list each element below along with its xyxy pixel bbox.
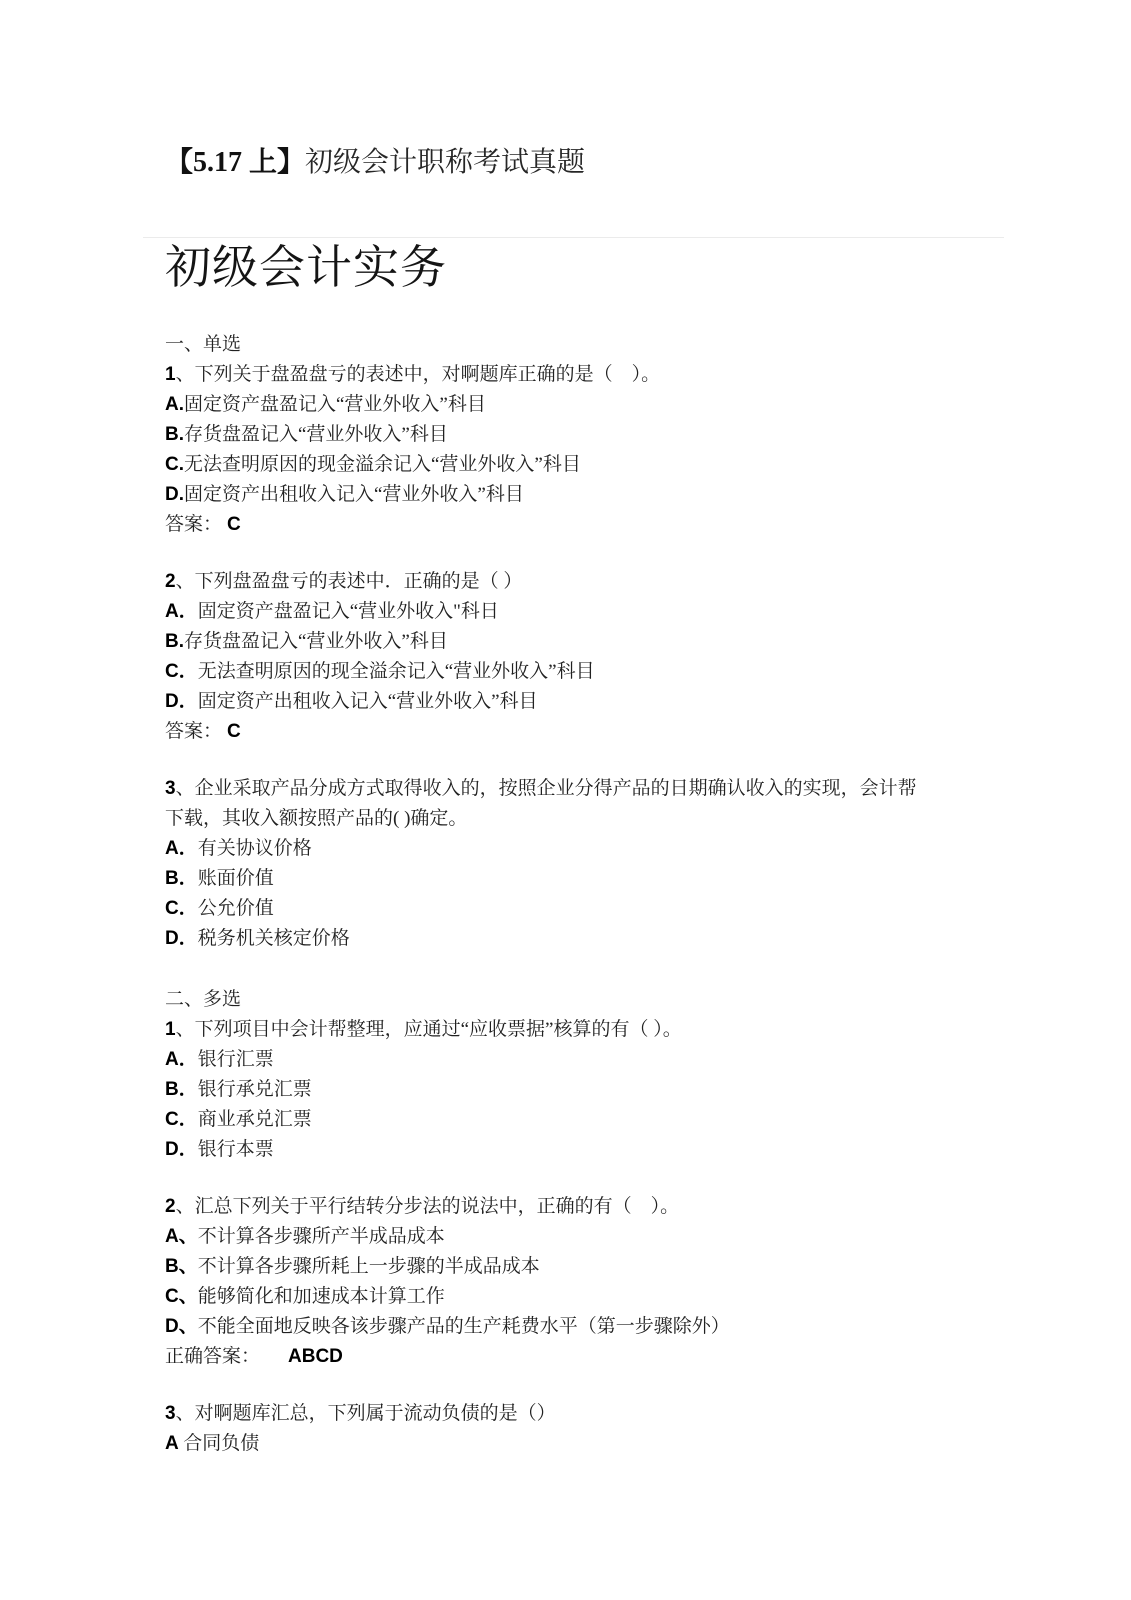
option-label: C．: [165, 898, 198, 919]
option-text: 不计算各步骤所耗上一步骤的半成品成本: [198, 1256, 540, 1277]
answer-line: 正确答案：ABCD: [165, 1342, 985, 1372]
option-label: D.: [165, 484, 184, 505]
question-stem: 1、下列项目中会计帮整理，应通过“应收票据”核算的有（ ）。: [165, 1015, 985, 1045]
option-label: B．: [165, 868, 198, 889]
option-row-b: B、不计算各步骤所耗上一步骤的半成品成本: [165, 1252, 985, 1282]
option-row-a: A.固定资产盘盈记入“营业外收入”科目: [165, 390, 985, 420]
option-text: 商业承兑汇票: [198, 1109, 312, 1130]
option-label: A．: [165, 838, 198, 859]
question-stem: 1、下列关于盘盈盘亏的表述中，对啊题库正确的是（ ）。: [165, 360, 985, 390]
option-label: A.: [165, 394, 184, 415]
question-number: 3: [165, 1403, 176, 1424]
question-stem: 2、汇总下列关于平行结转分步法的说法中，正确的有（ ）。: [165, 1192, 985, 1222]
question-number-separator: 、: [176, 1019, 195, 1040]
option-label: D．: [165, 691, 198, 712]
question-number: 3: [165, 778, 176, 799]
option-row-d: D．税务机关核定价格: [165, 924, 985, 954]
doc-header-prefix: 【5.17 上】: [165, 147, 305, 178]
question-stem: 3、对啊题库汇总，下列属于流动负债的是（）: [165, 1399, 985, 1429]
page-title: 初级会计实务: [165, 242, 1131, 294]
answer-label: 答案：: [165, 514, 222, 535]
question-stem-text: 下列盘盈盘亏的表述中．正确的是（ ）: [195, 571, 523, 592]
answer-value: C: [227, 721, 241, 742]
option-text: 存货盘盈记入“营业外收入”科目: [184, 424, 448, 445]
question-stem: 3、企业采取产品分成方式取得收入的，按照企业分得产品的日期确认收入的实现，会计帮: [165, 774, 985, 804]
question-number: 2: [165, 571, 176, 592]
option-label: C、: [165, 1286, 198, 1307]
option-text: 固定资产出租收入记入“营业外收入”科目: [184, 484, 524, 505]
title-rule: [143, 237, 1004, 238]
question-stem-line2: 下载，其收入额按照产品的( )确定。: [165, 804, 985, 834]
option-row-c: C、能够简化和加速成本计算工作: [165, 1282, 985, 1312]
answer-value: C: [227, 514, 241, 535]
option-row-c: C．商业承兑汇票: [165, 1105, 985, 1135]
question-stem: 2、下列盘盈盘亏的表述中．正确的是（ ）: [165, 567, 985, 597]
question-stem-text: 汇总下列关于平行结转分步法的说法中，正确的有（ ）。: [195, 1196, 680, 1217]
doc-header: 【5.17 上】初级会计职称考试真题: [165, 143, 1131, 183]
option-row-d: D．固定资产出租收入记入“营业外收入”科目: [165, 687, 985, 717]
option-text: 银行本票: [198, 1139, 274, 1160]
option-row-d: D.固定资产出租收入记入“营业外收入”科目: [165, 480, 985, 510]
question-s2-q3: 3、对啊题库汇总，下列属于流动负债的是（） A 合同负债: [165, 1399, 985, 1459]
option-text: 不计算各步骤所产半成品成本: [198, 1226, 445, 1247]
option-row-a: A．固定资产盘盈记入“营业外收入"科日: [165, 597, 985, 627]
question-number-separator: 、: [176, 778, 195, 799]
option-row-b: B.存货盘盈记入“营业外收入”科目: [165, 420, 985, 450]
option-label: C．: [165, 661, 198, 682]
question-number-separator: 、: [176, 1403, 195, 1424]
section-heading-multi-choice: 二、多选: [165, 985, 985, 1015]
question-s2-q2: 2、汇总下列关于平行结转分步法的说法中，正确的有（ ）。 A、不计算各步骤所产半…: [165, 1192, 985, 1372]
answer-label: 正确答案：: [165, 1346, 260, 1367]
question-number-separator: 、: [176, 1196, 195, 1217]
option-text: 存货盘盈记入“营业外收入”科目: [184, 631, 448, 652]
question-stem-text: 下列项目中会计帮整理，应通过“应收票据”核算的有（ ）。: [195, 1019, 682, 1040]
option-label: D、: [165, 1316, 198, 1337]
question-number-separator: 、: [176, 571, 195, 592]
question-number: 2: [165, 1196, 176, 1217]
option-label: A、: [165, 1226, 198, 1247]
question-number: 1: [165, 364, 176, 385]
option-row-d: D、不能全面地反映各该步骤产品的生产耗费水平（第一步骤除外）: [165, 1312, 985, 1342]
option-label: D．: [165, 1139, 198, 1160]
option-row-a: A．银行汇票: [165, 1045, 985, 1075]
question-s1-q3: 3、企业采取产品分成方式取得收入的，按照企业分得产品的日期确认收入的实现，会计帮…: [165, 774, 985, 954]
option-text: 公允价值: [198, 898, 274, 919]
question-s1-q2: 2、下列盘盈盘亏的表述中．正确的是（ ） A．固定资产盘盈记入“营业外收入"科日…: [165, 567, 985, 747]
answer-value: ABCD: [288, 1346, 343, 1367]
question-number: 1: [165, 1019, 176, 1040]
option-text: 账面价值: [198, 868, 274, 889]
option-text: 固定资产盘盈记入“营业外收入"科日: [198, 601, 499, 622]
option-text: 银行汇票: [198, 1049, 274, 1070]
doc-header-title: 初级会计职称考试真题: [305, 147, 585, 178]
option-text: 能够简化和加速成本计算工作: [198, 1286, 445, 1307]
option-label: B.: [165, 631, 184, 652]
option-text: 固定资产出租收入记入“营业外收入”科目: [198, 691, 538, 712]
option-label: B.: [165, 424, 184, 445]
option-label: A．: [165, 1049, 198, 1070]
option-label: D．: [165, 928, 198, 949]
option-text: 固定资产盘盈记入“营业外收入”科目: [184, 394, 486, 415]
option-row-c: C．无法查明原因的现全溢余记入“营业外收入”科目: [165, 657, 985, 687]
option-text: 有关协议价格: [198, 838, 312, 859]
option-row-a: A 合同负债: [165, 1429, 985, 1459]
option-row-b: B．银行承兑汇票: [165, 1075, 985, 1105]
option-text: 税务机关核定价格: [198, 928, 350, 949]
option-label: C．: [165, 1109, 198, 1130]
option-label: B．: [165, 1079, 198, 1100]
option-label: B、: [165, 1256, 198, 1277]
option-text: 银行承兑汇票: [198, 1079, 312, 1100]
option-label: A．: [165, 601, 198, 622]
question-stem-text: 下列关于盘盈盘亏的表述中，对啊题库正确的是（ ）。: [195, 364, 661, 385]
question-s1-q1: 1、下列关于盘盈盘亏的表述中，对啊题库正确的是（ ）。 A.固定资产盘盈记入“营…: [165, 360, 985, 540]
question-stem-text: 对啊题库汇总，下列属于流动负债的是（）: [195, 1403, 556, 1424]
option-label: C.: [165, 454, 184, 475]
option-row-d: D．银行本票: [165, 1135, 985, 1165]
option-row-a: A．有关协议价格: [165, 834, 985, 864]
option-text: 无法查明原因的现全溢余记入“营业外收入”科目: [198, 661, 595, 682]
question-number-separator: 、: [176, 364, 195, 385]
question-s2-q1: 1、下列项目中会计帮整理，应通过“应收票据”核算的有（ ）。 A．银行汇票 B．…: [165, 1015, 985, 1165]
answer-line: 答案：C: [165, 717, 985, 747]
answer-line: 答案：C: [165, 510, 985, 540]
option-text: 合同负债: [183, 1433, 259, 1454]
option-text: 无法查明原因的现金溢余记入“营业外收入”科目: [184, 454, 581, 475]
document-body: 一、单选 1、下列关于盘盈盘亏的表述中，对啊题库正确的是（ ）。 A.固定资产盘…: [165, 330, 985, 1459]
question-stem-text: 企业采取产品分成方式取得收入的，按照企业分得产品的日期确认收入的实现，会计帮: [195, 778, 917, 799]
option-label: A: [165, 1433, 183, 1454]
option-row-c: C.无法查明原因的现金溢余记入“营业外收入”科目: [165, 450, 985, 480]
section-heading-single-choice: 一、单选: [165, 330, 985, 360]
option-text: 不能全面地反映各该步骤产品的生产耗费水平（第一步骤除外）: [198, 1316, 730, 1337]
document-page: 【5.17 上】初级会计职称考试真题 初级会计实务 一、单选 1、下列关于盘盈盘…: [0, 0, 1131, 1600]
answer-label: 答案：: [165, 721, 222, 742]
option-row-c: C．公允价值: [165, 894, 985, 924]
option-row-b: B.存货盘盈记入“营业外收入”科目: [165, 627, 985, 657]
option-row-b: B．账面价值: [165, 864, 985, 894]
option-row-a: A、不计算各步骤所产半成品成本: [165, 1222, 985, 1252]
